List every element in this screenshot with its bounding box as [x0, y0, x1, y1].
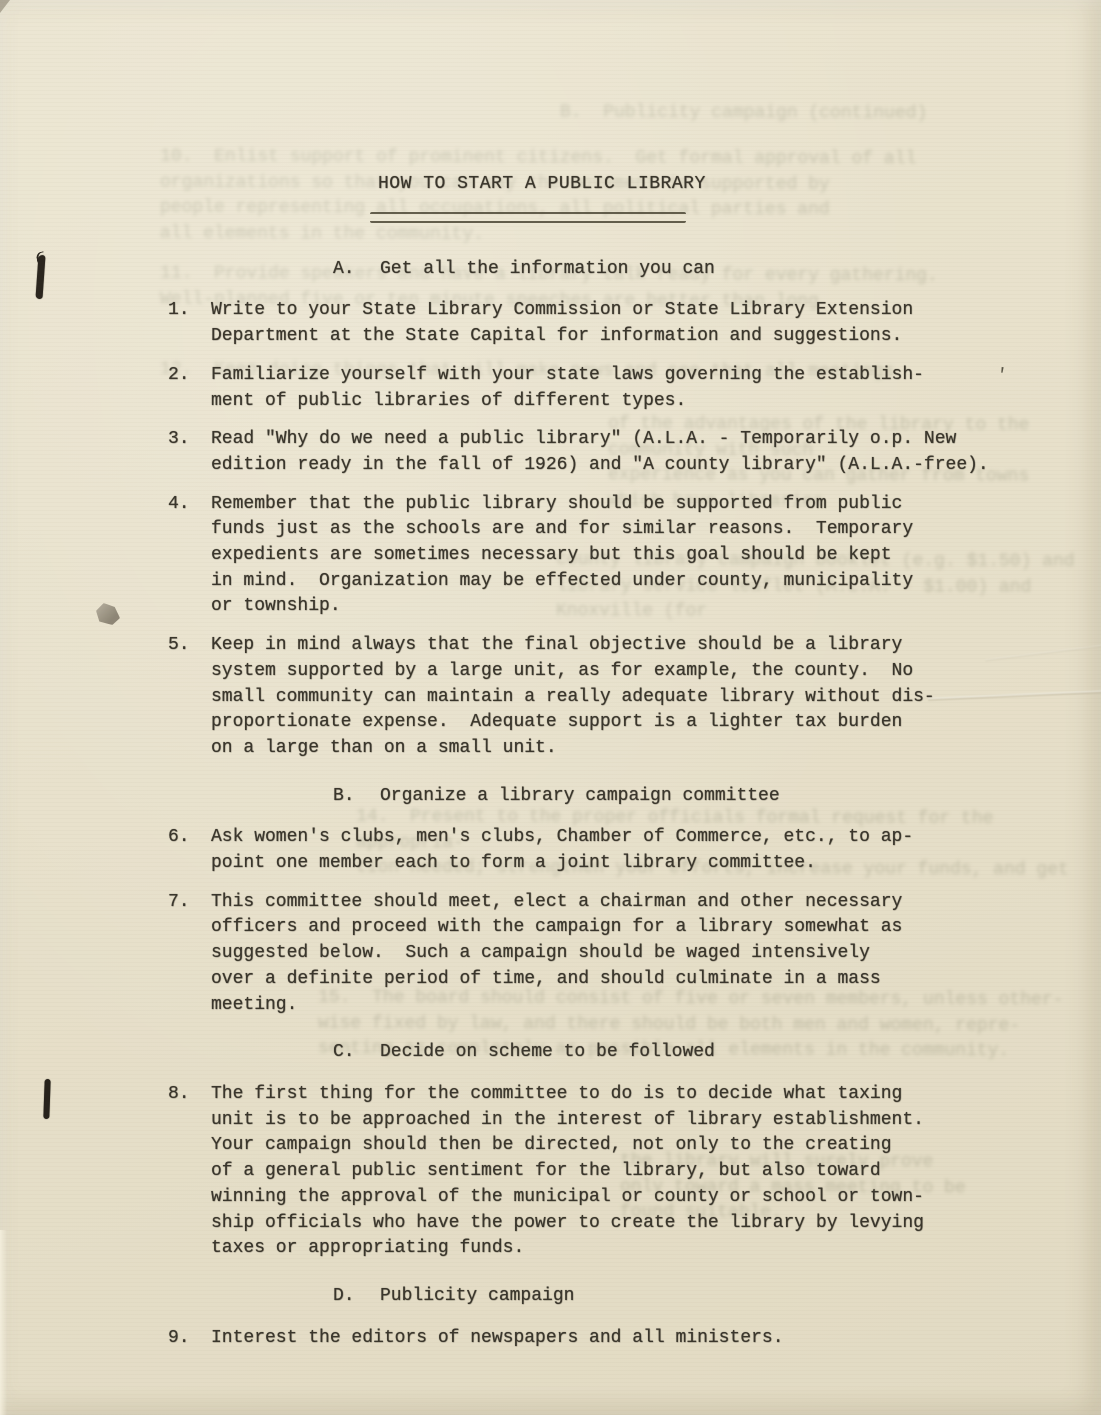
item-number: 2. [168, 363, 211, 414]
list-item: 7. This committee should meet, elect a c… [168, 890, 1101, 1019]
title-underline [370, 212, 686, 223]
item-text: Read "Why do we need a public library" (… [211, 427, 1031, 478]
typed-content: HOW TO START A PUBLIC LIBRARY A.Get all … [0, 0, 1101, 1351]
item-number: 5. [168, 633, 211, 762]
section-label: A. [333, 257, 380, 283]
list-item: 8. The first thing for the committee to … [168, 1082, 1101, 1262]
section-label: D. [333, 1284, 380, 1310]
section-heading-a: A.Get all the information you can [333, 257, 1101, 283]
list-item: 5. Keep in mind always that the final ob… [168, 633, 1101, 762]
item-number: 7. [168, 890, 211, 1019]
section-label: C. [333, 1040, 380, 1066]
list-item: 3. Read "Why do we need a public library… [168, 427, 1101, 478]
item-number: 3. [168, 427, 211, 478]
item-number: 8. [168, 1082, 211, 1262]
page-title: HOW TO START A PUBLIC LIBRARY [378, 172, 1101, 198]
list-item: 4. Remember that the public library shou… [168, 492, 1101, 621]
section-heading-c: C.Decide on scheme to be followed [333, 1040, 1101, 1066]
list-item: 2. Familiarize yourself with your state … [168, 363, 1101, 414]
item-text: The first thing for the committee to do … [211, 1082, 1031, 1262]
section-heading-d: D.Publicity campaign [333, 1284, 1101, 1310]
item-number: 6. [168, 825, 211, 876]
item-number: 4. [168, 492, 211, 621]
section-heading-text: Publicity campaign [380, 1286, 574, 1306]
list-item: 6. Ask women's clubs, men's clubs, Chamb… [168, 825, 1101, 876]
list-item: 9. Interest the editors of newspapers an… [168, 1326, 1101, 1352]
list-item: 1. Write to your State Library Commissio… [168, 298, 1101, 349]
item-text: Remember that the public library should … [211, 492, 1031, 621]
item-text: Familiarize yourself with your state law… [211, 363, 1031, 414]
section-heading-b: B.Organize a library campaign committee [333, 784, 1101, 810]
item-text: This committee should meet, elect a chai… [211, 890, 1031, 1019]
item-text: Ask women's clubs, men's clubs, Chamber … [211, 825, 1031, 876]
item-text: Interest the editors of newspapers and a… [211, 1326, 1031, 1352]
item-text: Write to your State Library Commission o… [211, 298, 1031, 349]
section-heading-text: Get all the information you can [380, 259, 715, 279]
item-number: 9. [168, 1326, 211, 1352]
section-label: B. [333, 784, 380, 810]
section-heading-text: Decide on scheme to be followed [380, 1042, 715, 1062]
document-page: B. Publicity campaign (continued) 10. En… [0, 0, 1101, 1415]
item-text: Keep in mind always that the final objec… [211, 633, 1031, 762]
item-number: 1. [168, 298, 211, 349]
section-heading-text: Organize a library campaign committee [380, 786, 780, 806]
